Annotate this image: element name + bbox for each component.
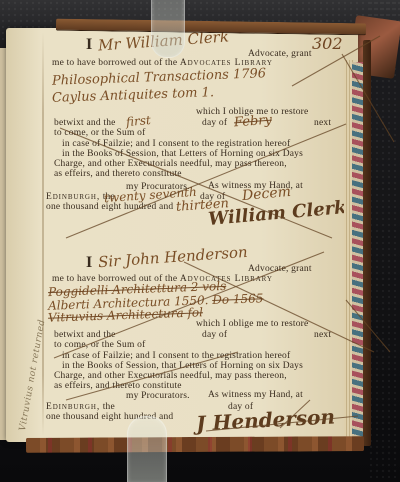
signing-month: Decem [241,185,291,203]
register-page: 302 Vitruvius not returned I Mr William … [6,28,358,442]
form-to-come: to come, or the Sum of [54,341,145,351]
return-month: Febry [234,114,273,130]
form-next: next [314,331,331,341]
plastic-tab-bottom [127,416,167,482]
form-oblige-line: which I oblige me to restore [196,320,308,330]
book-title-struck: Do 1565 [212,291,264,307]
form-to-come: to come, or the Sum of [54,129,145,139]
book-cover-edge [363,40,371,446]
plastic-tab-top [151,0,185,58]
form-initial-i: I [86,255,92,271]
form-edinburgh: Edinburgh, [46,192,100,202]
form-initial-i: I [86,37,92,53]
form-the: the [103,402,115,412]
form-year-line: one thousand eight hundred and [46,203,173,213]
form-witness: As witness my Hand, at [208,391,303,401]
return-day: first [126,114,152,128]
book-title: Caylus Antiquites tom 1. [52,86,214,105]
form-day-of: day of [202,119,227,129]
form-day-of: day of [202,331,227,341]
form-borrowed-text: me to have borrowed out of the [52,58,177,68]
form-next: next [314,119,331,129]
borrower-name: Sir John Henderson [98,245,248,270]
form-edinburgh: Edinburgh, [46,402,100,412]
form-procurators: my Procurators. [126,392,190,402]
book-title-struck: Vitruvius Architectura fol [48,306,203,323]
signature: J Henderson [196,406,336,433]
book-title: Philosophical Transactions 1796 [52,67,266,87]
photo-background: 302 Vitruvius not returned I Mr William … [0,0,400,482]
book-bottom-edge [26,436,364,453]
form-failzie-4: as effeirs, and thereto constitute [54,170,182,180]
page-number: 302 [312,34,343,53]
page-crease [42,32,44,436]
